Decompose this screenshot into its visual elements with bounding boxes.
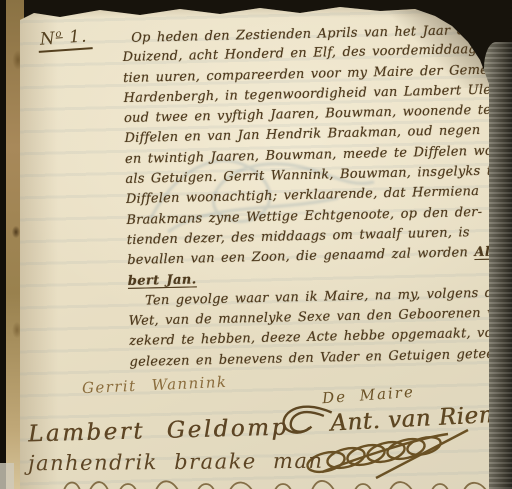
signature-jan-hendrik-braakman: janhendrik braake man	[28, 449, 324, 476]
signature-lambert-witness: Lambert Geldomp	[28, 415, 289, 448]
cutoff-next-act-line	[60, 476, 490, 489]
paper-page: No 1. Op heden den Zestienden Aprils van…	[20, 4, 489, 489]
line-emphasis: Achttien	[473, 20, 501, 39]
signature-text: janhendrik braake man	[28, 449, 324, 476]
manuscript-text-block: Op heden den Zestienden Aprils van het J…	[122, 20, 502, 373]
scanned-register-page: No 1. Op heden den Zestienden Aprils van…	[0, 0, 512, 489]
line-emphasis: bert Jan.	[128, 272, 197, 289]
signature-text: Gerrit Wannink	[82, 373, 228, 397]
signature-gerrit-wannink: Gerrit Wannink	[82, 373, 228, 397]
margin-number-prefix: N	[39, 29, 56, 50]
signature-text: Lambert Geldomp	[28, 415, 289, 448]
margin-number-ordinal: o	[55, 29, 63, 40]
act-margin-number: No 1.	[37, 26, 92, 53]
manuscript-ink-layer: No 1. Op heden den Zestienden Aprils van…	[20, 4, 489, 489]
signature-paraph-flourish	[298, 428, 483, 480]
margin-number-value: 1.	[68, 26, 88, 47]
